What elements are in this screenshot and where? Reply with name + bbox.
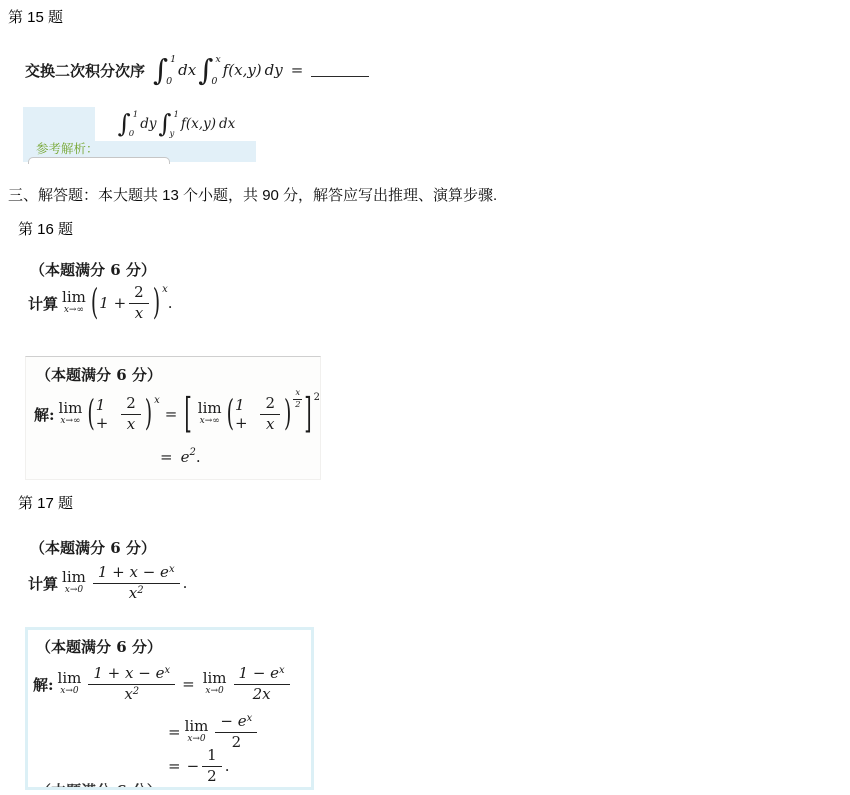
dx-token: dx (178, 61, 196, 79)
lim-subscript: x→0 (60, 686, 78, 697)
fraction-numerator: 2 (121, 395, 141, 414)
solve-word: 解: (33, 674, 54, 695)
right-paren: ) (284, 394, 291, 435)
fraction-denominator: x (122, 415, 140, 433)
left-paren: ( (227, 394, 234, 435)
one-plus: 1 + (235, 396, 257, 432)
solve-word: 解: (34, 404, 55, 425)
reference-answer-panel: ∫ 1 0 dy ∫ 1 y f(x,y) dx 参考解析： (23, 107, 256, 162)
lim-subscript: x→∞ (60, 416, 80, 427)
fraction-denominator: 2x (248, 685, 276, 703)
integral-upper-limit: 1 (170, 54, 176, 65)
q16-sol-score-note: （本题满分 6 分） (36, 364, 162, 385)
numerator-text: − e (220, 712, 246, 730)
question-17-solution-box: （本题满分 6 分） 解: lim x→0 1 + x − ex x2 = li… (25, 627, 314, 790)
q16-score-note: （本题满分 6 分） (30, 259, 156, 280)
fraction: 1 2 (202, 747, 222, 785)
dy-token: dy (140, 116, 156, 132)
question-17-stem: 计算 lim x→0 1 + x − ex x2 . (28, 559, 187, 607)
integral-1: ∫ 1 0 (118, 110, 138, 139)
numerator-exponent: x (164, 665, 170, 676)
left-paren: ( (87, 394, 94, 435)
limit-operator: lim x→0 (58, 671, 82, 697)
exp-frac-numerator: x (293, 388, 302, 399)
limit-operator: lim x→∞ (198, 401, 222, 427)
integral-lower-limit: 0 (166, 76, 176, 87)
fraction-numerator: 2 (129, 284, 149, 303)
fraction: 2 x (121, 395, 141, 433)
q16-sol-line-2: = e 2 . (160, 447, 201, 467)
period: . (225, 757, 230, 775)
integral-2: ∫ x 0 (198, 54, 220, 87)
integral-limits: x 0 (213, 54, 220, 87)
question-17-title: 第 17 题 (18, 492, 73, 513)
right-bracket: ] (304, 390, 311, 437)
integral-lower-limit: y (170, 129, 179, 139)
denominator-exponent: 2 (137, 585, 143, 596)
question-16-stem: 计算 lim x→∞ ( 1 + 2 x ) x . (28, 281, 173, 325)
right-paren: ) (153, 283, 160, 324)
period: . (168, 294, 173, 312)
integrand: f(x,y) (223, 61, 262, 79)
integral-lower-limit: 0 (129, 129, 138, 139)
limit-operator: lim x→0 (62, 570, 86, 596)
question-15-title: 第 15 题 (8, 6, 63, 27)
q17-sol-line-1: 解: lim x→0 1 + x − ex x2 = lim x→0 1 − (33, 660, 293, 708)
integral-limits: 1 y (172, 110, 179, 139)
lim-word: lim (198, 401, 222, 416)
fraction-numerator: 1 + x − ex (88, 665, 175, 684)
limit-operator: lim x→0 (185, 719, 209, 745)
equals-sign: = (165, 405, 178, 423)
fraction: 1 − ex 2x (234, 665, 290, 703)
exponent-fraction: x 2 (293, 388, 302, 409)
fraction-denominator: x (130, 304, 148, 322)
denominator-text: x (129, 584, 137, 602)
period: . (196, 448, 201, 466)
question-16-solution-box: （本题满分 6 分） 解: lim x→∞ ( 1 + 2 x ) x = [ … (25, 356, 321, 480)
fraction-denominator: 2 (227, 733, 247, 751)
denominator-text: x (124, 685, 132, 703)
integral-upper-limit: 1 (133, 110, 138, 120)
bracket-exponent: 2 (314, 392, 320, 403)
numerator-exponent: x (169, 564, 175, 575)
fraction: 2 x (129, 284, 149, 322)
fraction: 1 + x − ex x2 (93, 564, 180, 602)
fraction-denominator: x2 (119, 685, 144, 703)
q16-sol-line-1: 解: lim x→∞ ( 1 + 2 x ) x = [ lim x→∞ ( 1… (34, 391, 320, 437)
numerator-text: 1 + x − e (98, 563, 169, 581)
minus-sign: − (187, 757, 200, 775)
fraction-numerator: 2 (260, 395, 280, 414)
numerator-text: 1 − e (239, 664, 280, 682)
fraction-denominator: x (261, 415, 279, 433)
lim-subscript: x→0 (187, 734, 205, 745)
q17-sol-line-3: = − 1 2 . (168, 746, 229, 786)
lim-word: lim (185, 719, 209, 734)
exam-solutions-page: 第 15 题 交换二次积分次序 ∫ 1 0 dx ∫ x 0 f(x,y) dy… (0, 0, 850, 795)
equals-sign: = (160, 448, 173, 466)
lim-subscript: x→∞ (200, 416, 220, 427)
lim-subscript: x→∞ (64, 305, 84, 316)
numerator-exponent: x (279, 665, 285, 676)
integral-1: ∫ 1 0 (153, 54, 176, 87)
one-plus: 1 + (96, 396, 118, 432)
period: . (183, 574, 188, 592)
equals-sign: = (168, 757, 181, 775)
integral-2: ∫ 1 y (158, 110, 178, 139)
calc-word: 计算 (28, 293, 58, 314)
q15-stem-text: 交换二次积分次序 (25, 60, 145, 81)
q17-score-note: （本题满分 6 分） (30, 537, 156, 558)
fraction-denominator: x2 (124, 584, 149, 602)
fraction-numerator: − ex (215, 713, 257, 732)
integral-upper-limit: x (215, 54, 220, 65)
q17-sol-clipped-next-line: （本题满分 6 分） (36, 780, 162, 790)
right-paren: ) (145, 394, 152, 435)
exponent-x: x (162, 284, 168, 295)
limit-operator: lim x→0 (203, 671, 227, 697)
lim-word: lim (58, 671, 82, 686)
answer-blank-line (311, 63, 369, 77)
left-bracket: [ (184, 390, 191, 437)
section-3-heading: 三、解答题：本大题共 13 个小题，共 90 分，解答应写出推理、演算步骤. (8, 184, 497, 205)
lim-subscript: x→0 (65, 585, 83, 596)
reference-analysis-label: 参考解析： (36, 139, 99, 157)
dy-token: dy (265, 61, 283, 79)
lim-word: lim (203, 671, 227, 686)
dx-token: dx (219, 116, 235, 132)
exp-frac-denominator: 2 (295, 400, 300, 410)
lim-word: lim (62, 290, 86, 305)
fraction: 1 + x − ex x2 (88, 665, 175, 703)
integral-limits: 1 0 (131, 110, 138, 139)
integrand: f(x,y) (181, 116, 216, 132)
lim-word: lim (62, 570, 86, 585)
exponent-x: x (154, 395, 160, 406)
left-paren: ( (91, 283, 98, 324)
result-exponent: 2 (189, 447, 195, 458)
integral-upper-limit: 1 (174, 110, 179, 120)
equals-sign: = (291, 61, 304, 79)
one-plus: 1 + (99, 294, 126, 312)
answer-formula-box: ∫ 1 0 dy ∫ 1 y f(x,y) dx (95, 107, 256, 141)
integral-lower-limit: 0 (211, 76, 220, 87)
fraction-numerator: 1 (202, 747, 222, 766)
limit-operator: lim x→∞ (59, 401, 83, 427)
numerator-text: 1 + x − e (93, 664, 164, 682)
integral-limits: 1 0 (168, 54, 176, 87)
numerator-exponent: x (247, 713, 253, 724)
question-15-stem: 交换二次积分次序 ∫ 1 0 dx ∫ x 0 f(x,y) dy = (25, 50, 369, 90)
calc-word: 计算 (28, 573, 58, 594)
fraction-denominator: 2 (202, 767, 222, 785)
denominator-exponent: 2 (133, 686, 139, 697)
collapsed-answer-stub (28, 157, 170, 164)
q17-sol-score-note: （本题满分 6 分） (36, 636, 162, 657)
lim-word: lim (59, 401, 83, 416)
question-16-title: 第 16 题 (18, 218, 73, 239)
lim-subscript: x→0 (205, 686, 223, 697)
fraction-numerator: 1 − ex (234, 665, 290, 684)
equals-sign: = (182, 675, 195, 693)
equals-sign: = (168, 723, 181, 741)
fraction: 2 x (260, 395, 280, 433)
limit-operator: lim x→∞ (62, 290, 86, 316)
fraction-numerator: 1 + x − ex (93, 564, 180, 583)
